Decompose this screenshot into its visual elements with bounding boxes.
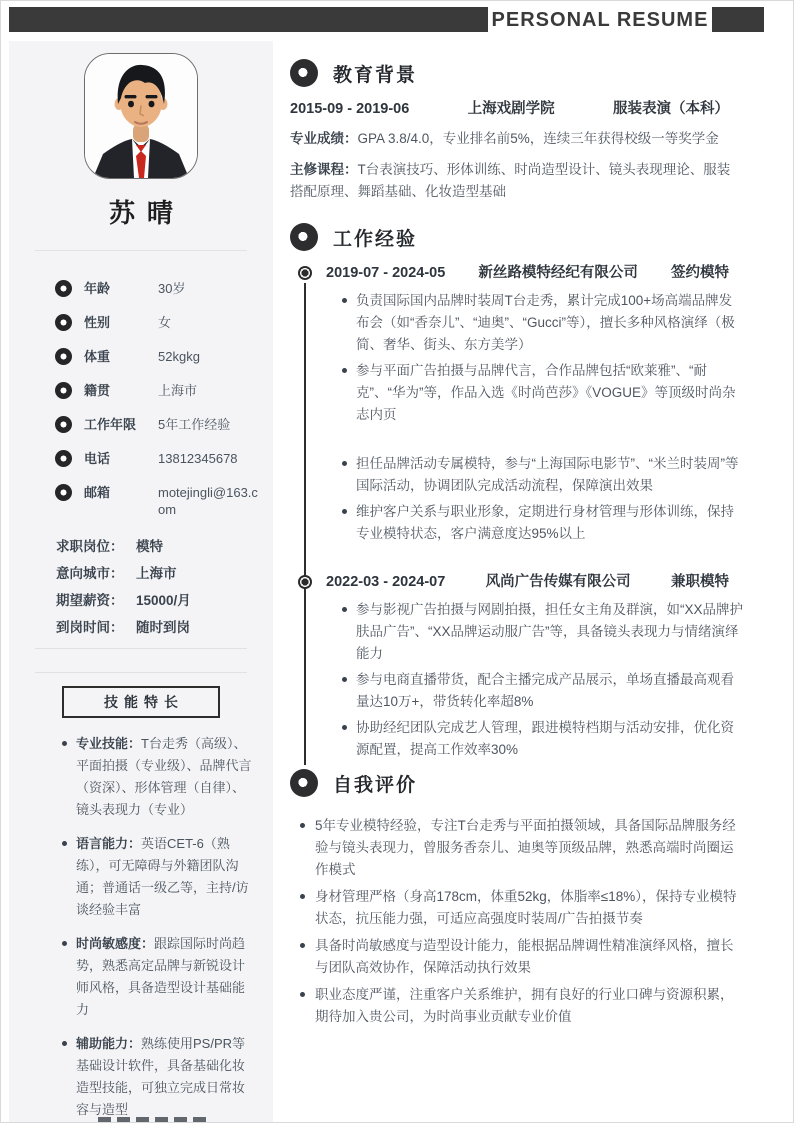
avatar-image [85, 54, 197, 178]
job-bullet-list: 参与影视广告拍摄与网剧拍摄，担任女主角及群演，如“XX品牌护肤品广告”、“XX品… [342, 599, 743, 761]
section-title: 工作经验 [333, 224, 417, 251]
avatar [84, 53, 198, 179]
intent-row-position: 求职岗位： 模特 [56, 538, 273, 555]
skill-label: 时尚敏感度： [76, 936, 154, 951]
info-label: 邮箱 [84, 484, 158, 501]
job-bullet: 协助经纪团队完成艺人管理，跟进模特档期与活动安排，优化资源配置，提高工作效率30… [342, 717, 743, 761]
info-item-weight: 体重 52kgkg [55, 348, 273, 365]
detail-text: GPA 3.8/4.0，专业排名前5%，连续三年获得校级一等奖学金 [358, 131, 719, 146]
job-company: 风尚广告传媒有限公司 [486, 572, 631, 592]
info-value: 上海市 [158, 382, 260, 399]
info-item-email: 邮箱 motejingli@163.com [55, 484, 273, 518]
education-degree: 服装表演（本科） [613, 99, 729, 119]
bullet-ring-icon [55, 348, 72, 365]
info-label: 工作年限 [84, 416, 158, 433]
bullet-ring-icon [55, 450, 72, 467]
info-value: 女 [158, 314, 260, 331]
timeline-dot-icon [298, 575, 312, 589]
info-item-age: 年龄 30岁 [55, 280, 273, 297]
section-ring-icon [290, 223, 318, 251]
skill-item-language: 语言能力：英语CET-6（熟练），可无障碍与外籍团队沟通；普通话一级乙等，主持/… [61, 833, 255, 921]
section-header: 工作经验 [290, 223, 743, 251]
education-row: 2015-09 - 2019-06 上海戏剧学院 服装表演（本科） [290, 99, 743, 119]
skills-list: 专业技能：T台走秀（高级）、平面拍摄（专业级）、品牌代言（资深）、形体管理（自律… [61, 733, 255, 1121]
divider [35, 648, 247, 649]
info-label: 电话 [84, 450, 158, 467]
intent-label: 到岗时间： [56, 619, 136, 636]
job-period: 2022-03 - 2024-07 [326, 572, 445, 592]
job-bullet-list: 负责国际国内品牌时装周T台走秀，累计完成100+场高端品牌发布会（如“香奈儿”、… [342, 290, 743, 545]
intent-row-salary: 期望薪资： 15000/月 [56, 592, 273, 609]
section-self-evaluation: 自我评价 5年专业模特经验，专注T台走秀与平面拍摄领域，具备国际品牌服务经验与镜… [290, 769, 743, 1033]
info-item-gender: 性别 女 [55, 314, 273, 331]
bullet-ring-icon [55, 280, 72, 297]
education-school: 上海戏剧学院 [468, 99, 555, 119]
job-header: 2022-03 - 2024-07 风尚广告传媒有限公司 兼职模特 [290, 572, 743, 592]
intent-value: 随时到岗 [136, 619, 190, 636]
evaluation-bullet: 具备时尚敏感度与造型设计能力，能根据品牌调性精准演绎风格，擅长与团队高效协作，保… [300, 935, 743, 979]
info-value: 5年工作经验 [158, 416, 260, 433]
info-label: 体重 [84, 348, 158, 365]
job-bullet: 负责国际国内品牌时装周T台走秀，累计完成100+场高端品牌发布会（如“香奈儿”、… [342, 290, 743, 356]
info-label: 籍贯 [84, 382, 158, 399]
skills-section-title-box: 技能特长 [62, 686, 220, 718]
skill-item-fashion-sense: 时尚敏感度：跟踪国际时尚趋势，熟悉高定品牌与新锐设计师风格，具备造型设计基础能力 [61, 933, 255, 1021]
info-item-hometown: 籍贯 上海市 [55, 382, 273, 399]
intent-value: 上海市 [136, 565, 177, 582]
timeline-dot-icon [298, 266, 312, 280]
bullet-ring-icon [55, 416, 72, 433]
resume-page: PERSONAL RESUME [0, 0, 794, 1123]
info-label: 年龄 [84, 280, 158, 297]
jobs-timeline: 2019-07 - 2024-05 新丝路模特经纪有限公司 签约模特 负责国际国… [290, 263, 743, 761]
section-header: 教育背景 [290, 59, 743, 87]
intent-label: 期望薪资： [56, 592, 136, 609]
info-label: 性别 [84, 314, 158, 331]
info-item-phone: 电话 13812345678 [55, 450, 273, 467]
skill-label: 语言能力： [76, 836, 141, 851]
skills-section-title: 技能特长 [98, 692, 184, 712]
info-value: 30岁 [158, 280, 260, 297]
skill-item-auxiliary: 辅助能力：熟练使用PS/PR等基础设计软件，具备基础化妆造型技能，可独立完成日常… [61, 1033, 255, 1121]
job-entry-1: 2019-07 - 2024-05 新丝路模特经纪有限公司 签约模特 负责国际国… [290, 263, 743, 545]
job-period: 2019-07 - 2024-05 [326, 263, 445, 283]
person-name: 苏晴 [9, 193, 273, 230]
section-work-experience: 工作经验 2019-07 - 2024-05 新丝路模特经纪有限公司 签约模特 … [290, 223, 743, 765]
bullet-ring-icon [55, 314, 72, 331]
detail-label: 专业成绩： [290, 131, 358, 146]
bullet-ring-icon [55, 382, 72, 399]
info-value: motejingli@163.com [158, 484, 260, 518]
divider [35, 250, 247, 251]
intent-row-availability: 到岗时间： 随时到岗 [56, 619, 273, 636]
evaluation-bullet: 身材管理严格（身高178cm，体重52kg，体脂率≤18%），保持专业模特状态，… [300, 886, 743, 930]
section-education: 教育背景 2015-09 - 2019-06 上海戏剧学院 服装表演（本科） 专… [290, 59, 743, 203]
education-detail-courses: 主修课程：T台表演技巧、形体训练、时尚造型设计、镜头表现理论、服装搭配原理、舞蹈… [290, 159, 743, 203]
job-bullet: 参与电商直播带货，配合主播完成产品展示，单场直播最高观看量达10万+，带货转化率… [342, 669, 743, 713]
sidebar: 苏晴 年龄 30岁 性别 女 体重 52kgkg 籍贯 上海市 [9, 41, 273, 1123]
banner-title-box: PERSONAL RESUME [488, 1, 712, 39]
education-detail-grades: 专业成绩：GPA 3.8/4.0，专业排名前5%，连续三年获得校级一等奖学金 [290, 128, 743, 150]
skill-label: 专业技能： [76, 736, 141, 751]
skill-label: 辅助能力： [76, 1036, 141, 1051]
clipped-section-sliver [98, 1117, 210, 1123]
job-bullet: 维护客户关系与职业形象，定期进行身材管理与形体训练，保持专业模特状态，客户满意度… [342, 501, 743, 545]
job-entry-2: 2022-03 - 2024-07 风尚广告传媒有限公司 兼职模特 参与影视广告… [290, 572, 743, 761]
section-title: 自我评价 [333, 770, 417, 797]
education-period: 2015-09 - 2019-06 [290, 99, 409, 119]
job-intent-list: 求职岗位： 模特 意向城市： 上海市 期望薪资： 15000/月 到岗时间： 随… [56, 538, 273, 636]
detail-label: 主修课程： [290, 162, 358, 177]
info-value: 52kgkg [158, 348, 260, 365]
section-ring-icon [290, 59, 318, 87]
section-header: 自我评价 [290, 769, 743, 797]
job-bullet: 担任品牌活动专属模特，参与“上海国际电影节”、“米兰时装周”等国际活动，协调团队… [342, 453, 743, 497]
info-item-experience-years: 工作年限 5年工作经验 [55, 416, 273, 433]
intent-label: 意向城市： [56, 565, 136, 582]
bullet-ring-icon [55, 484, 72, 501]
job-bullet: 参与平面广告拍摄与品牌代言，合作品牌包括“欧莱雅”、“耐克”、“华为”等，作品入… [342, 360, 743, 426]
section-ring-icon [290, 769, 318, 797]
intent-value: 15000/月 [136, 592, 191, 609]
intent-value: 模特 [136, 538, 163, 555]
job-header: 2019-07 - 2024-05 新丝路模特经纪有限公司 签约模特 [290, 263, 743, 283]
info-value: 13812345678 [158, 450, 260, 467]
banner-title: PERSONAL RESUME [492, 9, 709, 32]
evaluation-bullet: 5年专业模特经验，专注T台走秀与平面拍摄领域，具备国际品牌服务经验与镜头表现力，… [300, 815, 743, 881]
intent-row-city: 意向城市： 上海市 [56, 565, 273, 582]
job-role: 兼职模特 [671, 572, 729, 592]
intent-label: 求职岗位： [56, 538, 136, 555]
section-title: 教育背景 [333, 60, 417, 87]
job-company: 新丝路模特经纪有限公司 [478, 263, 638, 283]
job-bullet: 参与影视广告拍摄与网剧拍摄，担任女主角及群演，如“XX品牌护肤品广告”、“XX品… [342, 599, 743, 665]
evaluation-bullet-list: 5年专业模特经验，专注T台走秀与平面拍摄领域，具备国际品牌服务经验与镜头表现力，… [300, 815, 743, 1028]
job-role: 签约模特 [671, 263, 729, 283]
evaluation-bullet: 职业态度严谨，注重客户关系维护，拥有良好的行业口碑与资源积累，期待加入贵公司，为… [300, 984, 743, 1028]
skill-item-professional: 专业技能：T台走秀（高级）、平面拍摄（专业级）、品牌代言（资深）、形体管理（自律… [61, 733, 255, 821]
divider [35, 672, 247, 673]
personal-info-list: 年龄 30岁 性别 女 体重 52kgkg 籍贯 上海市 工作年限 5年 [55, 280, 273, 518]
